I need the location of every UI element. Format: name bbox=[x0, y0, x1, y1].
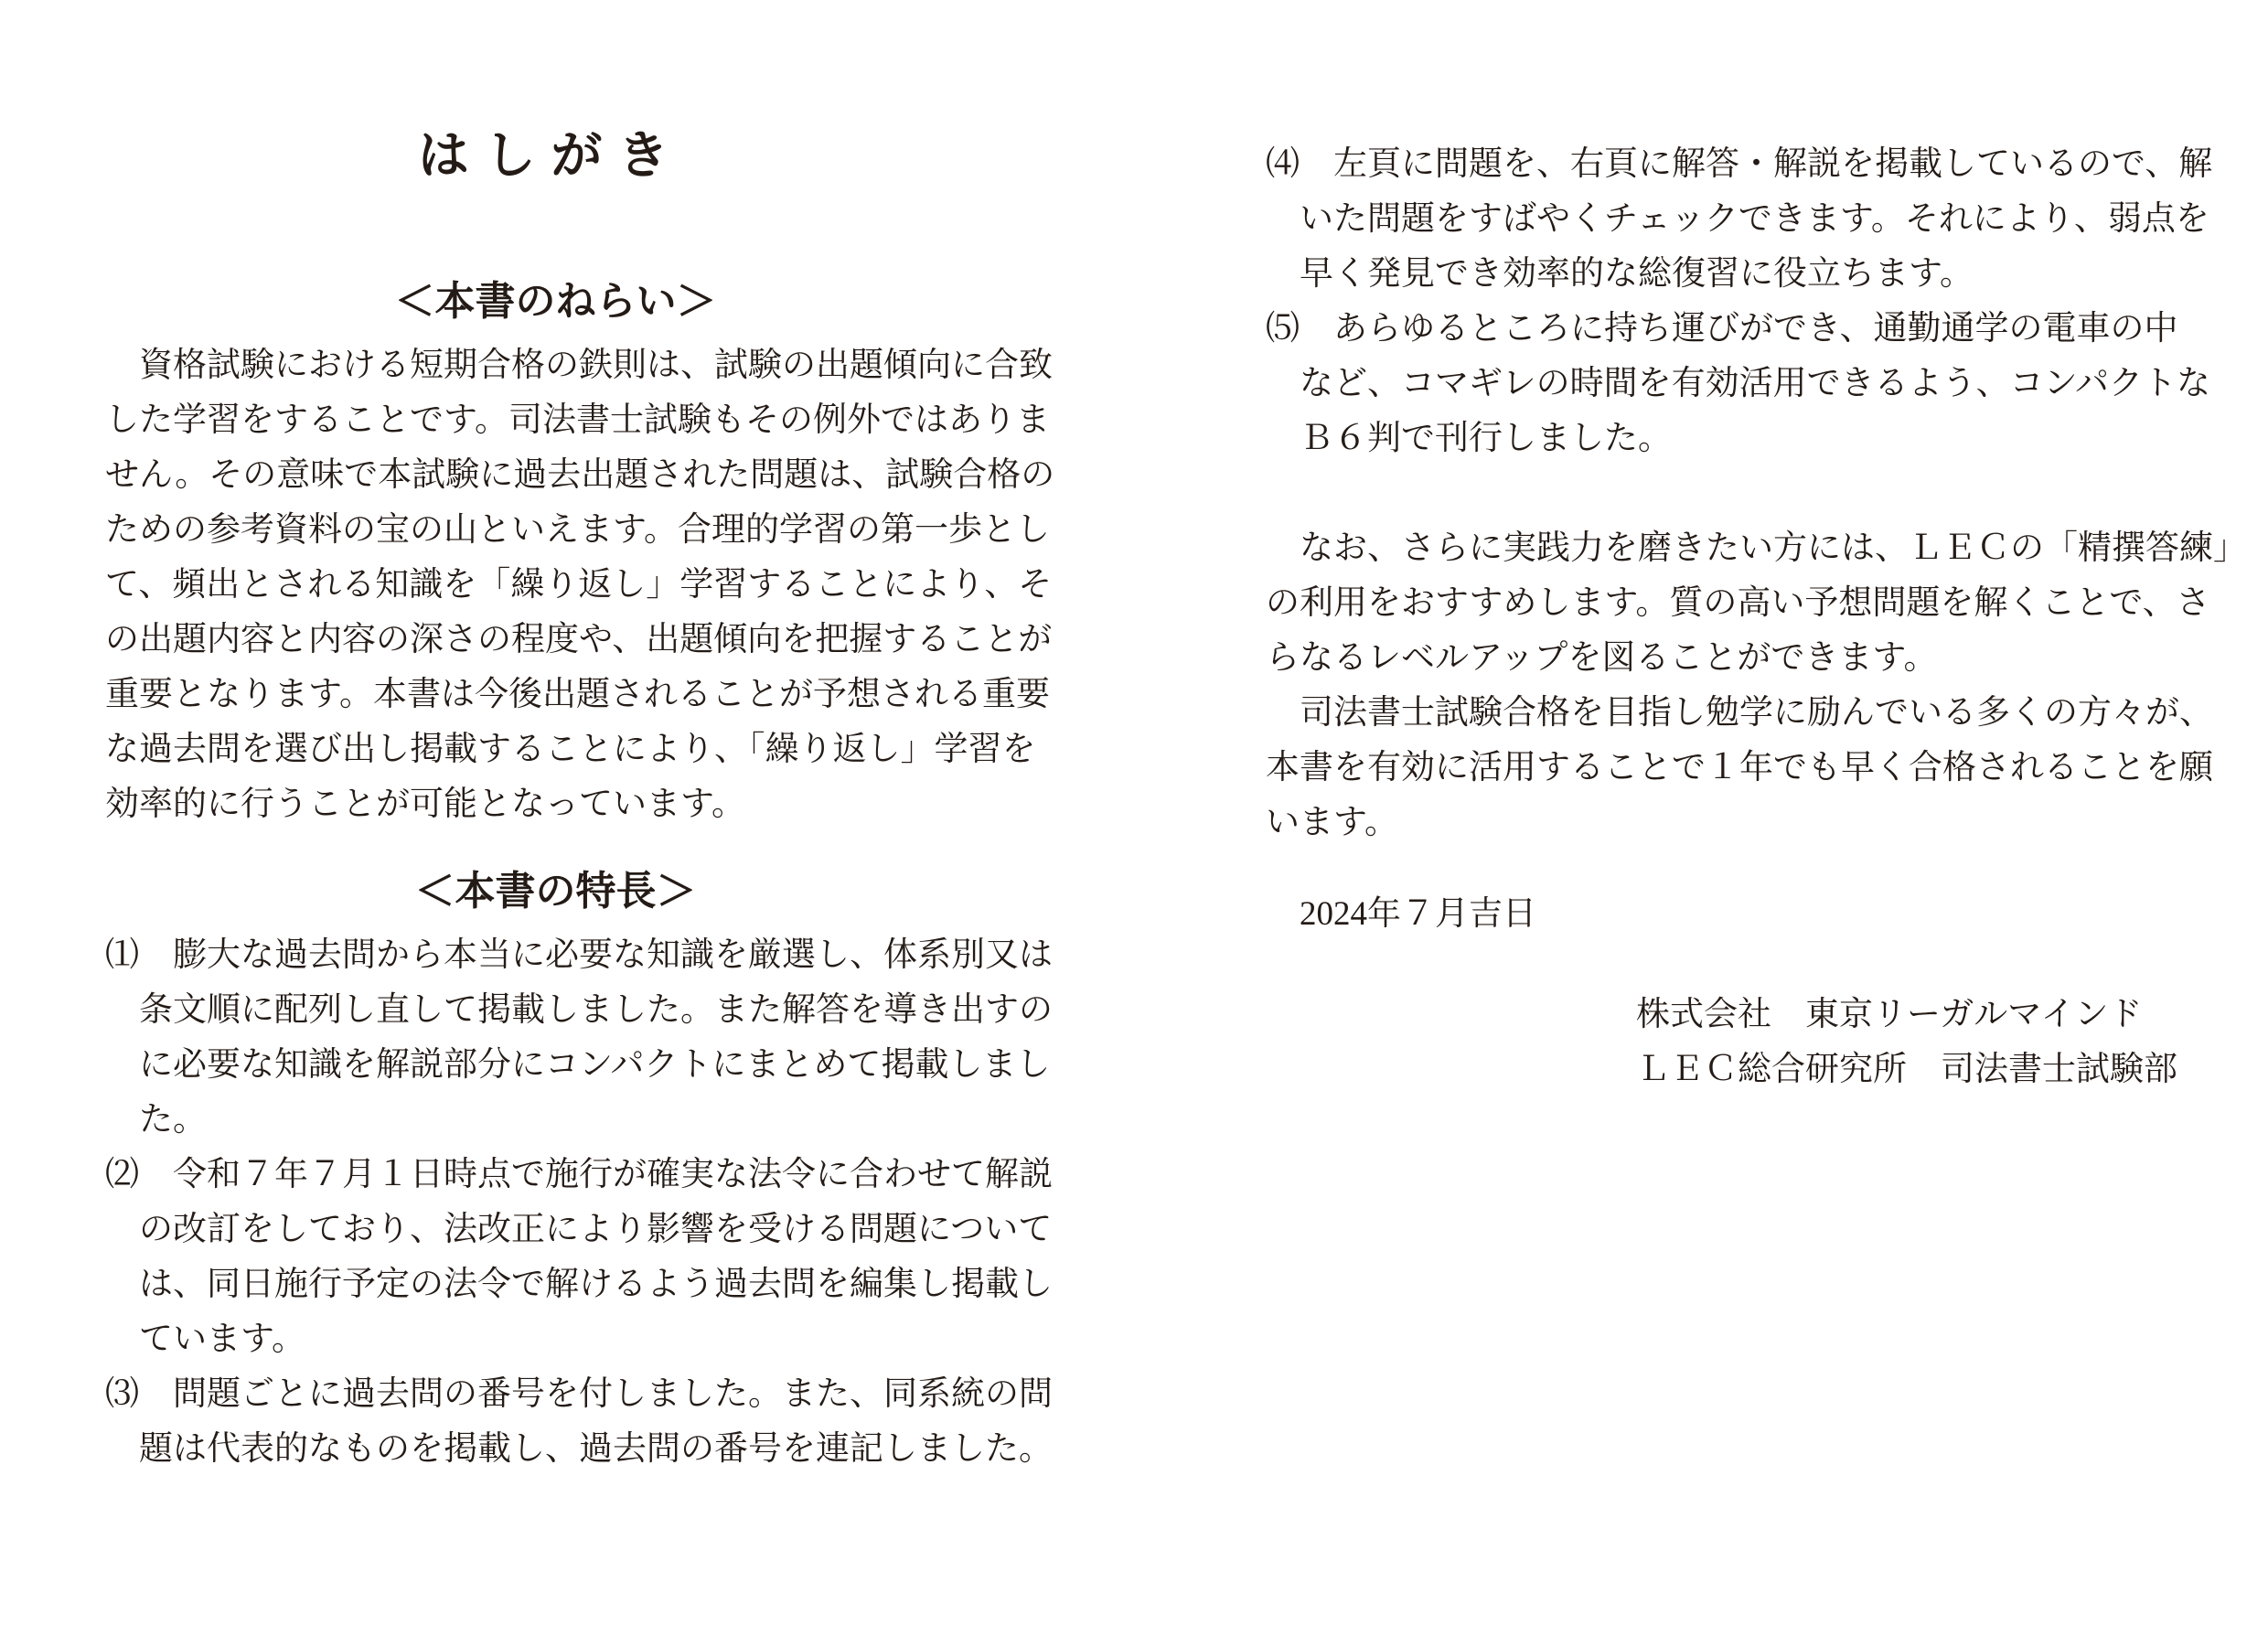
text-line: した学習をすることです。司法書士試験もその例外ではありま bbox=[105, 393, 1061, 448]
features-list-left: ⑴ 膨大な過去問から本当に必要な知識を厳選し、体系別又は条文順に配列し直して掲載… bbox=[105, 928, 1061, 1477]
aim-paragraph: 資格試験における短期合格の鉄則は、試験の出題傾向に合致した学習をすることです。司… bbox=[105, 338, 1061, 832]
book-preface-spread: はしがき ＜本書のねらい＞ 資格試験における短期合格の鉄則は、試験の出題傾向に合… bbox=[0, 0, 2268, 1636]
text-line: など、コマギレの時間を有効活用できるよう、コンパクトな bbox=[1300, 357, 2221, 412]
publisher-signature: 株式会社 東京リーガルマインドＬＥＣ総合研究所 司法書士試験部 bbox=[1636, 988, 2221, 1097]
text-line: ＬＥＣ総合研究所 司法書士試験部 bbox=[1636, 1043, 2221, 1097]
page-title: はしがき bbox=[105, 126, 1061, 185]
right-page-column: ⑷ 左頁に問題を、右頁に解答・解説を掲載しているので、解いた問題をすばやくチェッ… bbox=[1266, 0, 2221, 1097]
text-line: は、同日施行予定の法令で解けるよう過去問を編集し掲載し bbox=[139, 1257, 1061, 1312]
section-heading-features: ＜本書の特長＞ bbox=[105, 870, 1061, 914]
text-line: て、頻出とされる知識を「繰り返し」学習することにより、そ bbox=[105, 558, 1061, 613]
text-line: 条文順に配列し直して掲載しました。また解答を導き出すの bbox=[139, 983, 1061, 1038]
text-line: た。 bbox=[139, 1093, 1061, 1148]
text-line: せん。その意味で本試験に過去出題された問題は、試験合格の bbox=[105, 448, 1061, 503]
text-line: ⑵ 令和７年７月１日時点で施行が確実な法令に合わせて解説 bbox=[139, 1148, 1061, 1203]
text-line: の出題内容と内容の深さの程度や、出題傾向を把握することが bbox=[105, 613, 1061, 668]
text-line: 題は代表的なものを掲載し、過去問の番号を連記しました。 bbox=[139, 1422, 1061, 1477]
closing-paragraph-1: なお、さらに実践力を磨きたい方には、ＬＥＣの「精撰答練」の利用をおすすめします。… bbox=[1266, 521, 2221, 686]
publication-date: 2024年７月吉日 bbox=[1266, 887, 2221, 942]
text-line: 効率的に行うことが可能となっています。 bbox=[105, 777, 1061, 832]
text-line: いた問題をすばやくチェックできます。それにより、弱点を bbox=[1300, 192, 2221, 247]
text-line: 早く発見でき効率的な総復習に役立ちます。 bbox=[1300, 247, 2221, 302]
text-line: います。 bbox=[1266, 796, 2221, 850]
text-line: の改訂をしており、法改正により影響を受ける問題について bbox=[139, 1203, 1061, 1257]
text-line: ⑶ 問題ごとに過去問の番号を付しました。また、同系統の問 bbox=[139, 1367, 1061, 1422]
closing-paragraph-2: 司法書士試験合格を目指し勉学に励んでいる多くの方々が、本書を有効に活用することで… bbox=[1266, 686, 2221, 850]
text-line: ⑴ 膨大な過去問から本当に必要な知識を厳選し、体系別又は bbox=[139, 928, 1061, 983]
text-line: の利用をおすすめします。質の高い予想問題を解くことで、さ bbox=[1266, 576, 2221, 631]
text-line: 重要となります。本書は今後出題されることが予想される重要 bbox=[105, 668, 1061, 722]
text-line: 株式会社 東京リーガルマインド bbox=[1636, 988, 2221, 1043]
text-line: に必要な知識を解説部分にコンパクトにまとめて掲載しまし bbox=[139, 1038, 1061, 1093]
text-line: 本書を有効に活用することで１年でも早く合格されることを願 bbox=[1266, 741, 2221, 796]
text-line: らなるレベルアップを図ることができます。 bbox=[1266, 631, 2221, 686]
text-line: Ｂ６判で刊行しました。 bbox=[1300, 412, 2221, 466]
text-line: ています。 bbox=[139, 1312, 1061, 1367]
features-list-right: ⑷ 左頁に問題を、右頁に解答・解説を掲載しているので、解いた問題をすばやくチェッ… bbox=[1266, 137, 2221, 466]
text-line: 司法書士試験合格を目指し勉学に励んでいる多くの方々が、 bbox=[1266, 686, 2221, 741]
feature-item-1: ⑴ 膨大な過去問から本当に必要な知識を厳選し、体系別又は条文順に配列し直して掲載… bbox=[105, 928, 1061, 1148]
section-heading-aim: ＜本書のねらい＞ bbox=[105, 280, 1061, 324]
text-line: ⑸ あらゆるところに持ち運びができ、通勤通学の電車の中 bbox=[1300, 302, 2221, 357]
feature-item-4: ⑷ 左頁に問題を、右頁に解答・解説を掲載しているので、解いた問題をすばやくチェッ… bbox=[1266, 137, 2221, 302]
text-line: 資格試験における短期合格の鉄則は、試験の出題傾向に合致 bbox=[105, 338, 1061, 393]
text-line: な過去問を選び出し掲載することにより、「繰り返し」学習を bbox=[105, 722, 1061, 777]
left-page-column: はしがき ＜本書のねらい＞ 資格試験における短期合格の鉄則は、試験の出題傾向に合… bbox=[105, 0, 1061, 1477]
feature-item-3: ⑶ 問題ごとに過去問の番号を付しました。また、同系統の問題は代表的なものを掲載し… bbox=[105, 1367, 1061, 1477]
text-line: ⑷ 左頁に問題を、右頁に解答・解説を掲載しているので、解 bbox=[1300, 137, 2221, 192]
feature-item-5: ⑸ あらゆるところに持ち運びができ、通勤通学の電車の中など、コマギレの時間を有効… bbox=[1266, 302, 2221, 466]
text-line: なお、さらに実践力を磨きたい方には、ＬＥＣの「精撰答練」 bbox=[1266, 521, 2221, 576]
feature-item-2: ⑵ 令和７年７月１日時点で施行が確実な法令に合わせて解説の改訂をしており、法改正… bbox=[105, 1148, 1061, 1367]
text-line: ための参考資料の宝の山といえます。合理的学習の第一歩とし bbox=[105, 503, 1061, 558]
